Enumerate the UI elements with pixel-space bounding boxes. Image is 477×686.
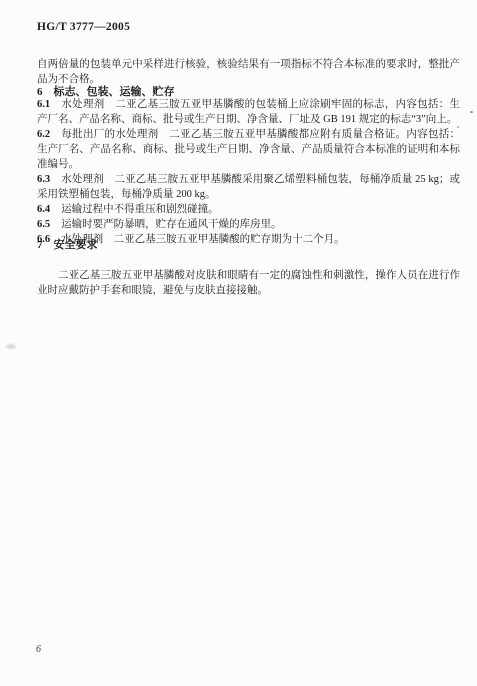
intro-paragraph: 自两倍量的包装单元中采样进行核验，核验结果有一项指标不符合本标准的要求时，整批产… bbox=[37, 57, 460, 87]
clause-6-2: 6.2每批出厂的水处理剂 二亚乙基三胺五亚甲基膦酸都应附有质量合格证。内容包括：… bbox=[37, 127, 460, 172]
clause-6-6-text: 水处理剂 二亚乙基三胺五亚甲基膦酸的贮存期为十二个月。 bbox=[61, 234, 345, 245]
scan-artifact-speck bbox=[470, 111, 473, 113]
clause-6-5-text: 运输时要严防暴晒，贮存在通风干燥的库房里。 bbox=[61, 219, 282, 230]
clause-6-1-text: 水处理剂 二亚乙基三胺五亚甲基膦酸的包装桶上应涂刷牢固的标志，内容包括：生产厂名… bbox=[37, 99, 460, 125]
clause-6-4-text: 运输过程中不得重压和剧烈碰撞。 bbox=[61, 204, 219, 215]
scan-artifact-speck bbox=[457, 126, 459, 128]
section-6-clauses: 6.1水处理剂 二亚乙基三胺五亚甲基膦酸的包装桶上应涂刷牢固的标志，内容包括：生… bbox=[37, 97, 460, 247]
clause-6-6: 6.6水处理剂 二亚乙基三胺五亚甲基膦酸的贮存期为十二个月。 bbox=[37, 232, 460, 247]
clause-6-3-text: 水处理剂 二亚乙基三胺五亚甲基膦酸采用聚乙烯塑料桶包装，每桶净质量 25 kg；… bbox=[37, 174, 460, 200]
clause-6-3-number: 6.3 bbox=[37, 174, 50, 185]
page-number: 6 bbox=[36, 644, 41, 655]
clause-6-4: 6.4运输过程中不得重压和剧烈碰撞。 bbox=[37, 202, 460, 217]
document-page: HG/T 3777—2005 自两倍量的包装单元中采样进行核验，核验结果有一项指… bbox=[0, 0, 477, 686]
section-7-paragraph: 二亚乙基三胺五亚甲基膦酸对皮肤和眼睛有一定的腐蚀性和刺激性，操作人员在进行作业时… bbox=[37, 268, 460, 298]
clause-6-5-number: 6.5 bbox=[37, 219, 50, 230]
clause-6-3: 6.3水处理剂 二亚乙基三胺五亚甲基膦酸采用聚乙烯塑料桶包装，每桶净质量 25 … bbox=[37, 172, 460, 202]
scan-artifact-smudge bbox=[6, 344, 16, 349]
section-7-number: 7 bbox=[37, 239, 43, 251]
section-7-title: 安全要求 bbox=[54, 239, 98, 251]
clause-6-2-number: 6.2 bbox=[37, 129, 50, 140]
clause-6-1-number: 6.1 bbox=[37, 99, 50, 110]
standard-number-header: HG/T 3777—2005 bbox=[37, 21, 130, 33]
clause-6-1: 6.1水处理剂 二亚乙基三胺五亚甲基膦酸的包装桶上应涂刷牢固的标志，内容包括：生… bbox=[37, 97, 460, 127]
section-7-heading: 7安全要求 bbox=[37, 236, 98, 252]
clause-6-2-text: 每批出厂的水处理剂 二亚乙基三胺五亚甲基膦酸都应附有质量合格证。内容包括：生产厂… bbox=[37, 129, 460, 170]
clause-6-4-number: 6.4 bbox=[37, 204, 50, 215]
clause-6-5: 6.5运输时要严防暴晒，贮存在通风干燥的库房里。 bbox=[37, 217, 460, 232]
